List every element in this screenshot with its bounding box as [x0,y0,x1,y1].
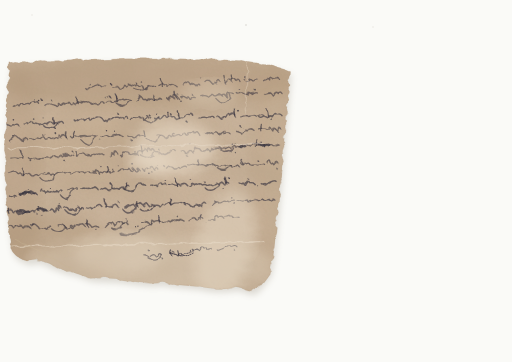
manuscript-scan-page [0,0,512,362]
dust-speck [372,26,374,28]
light-patch-upper [180,80,236,106]
dust-speck [31,14,33,16]
light-patch-bottom [72,232,164,272]
manuscript-scan [0,0,512,362]
dust-speck [245,24,247,26]
light-patch-center-2 [126,149,170,175]
